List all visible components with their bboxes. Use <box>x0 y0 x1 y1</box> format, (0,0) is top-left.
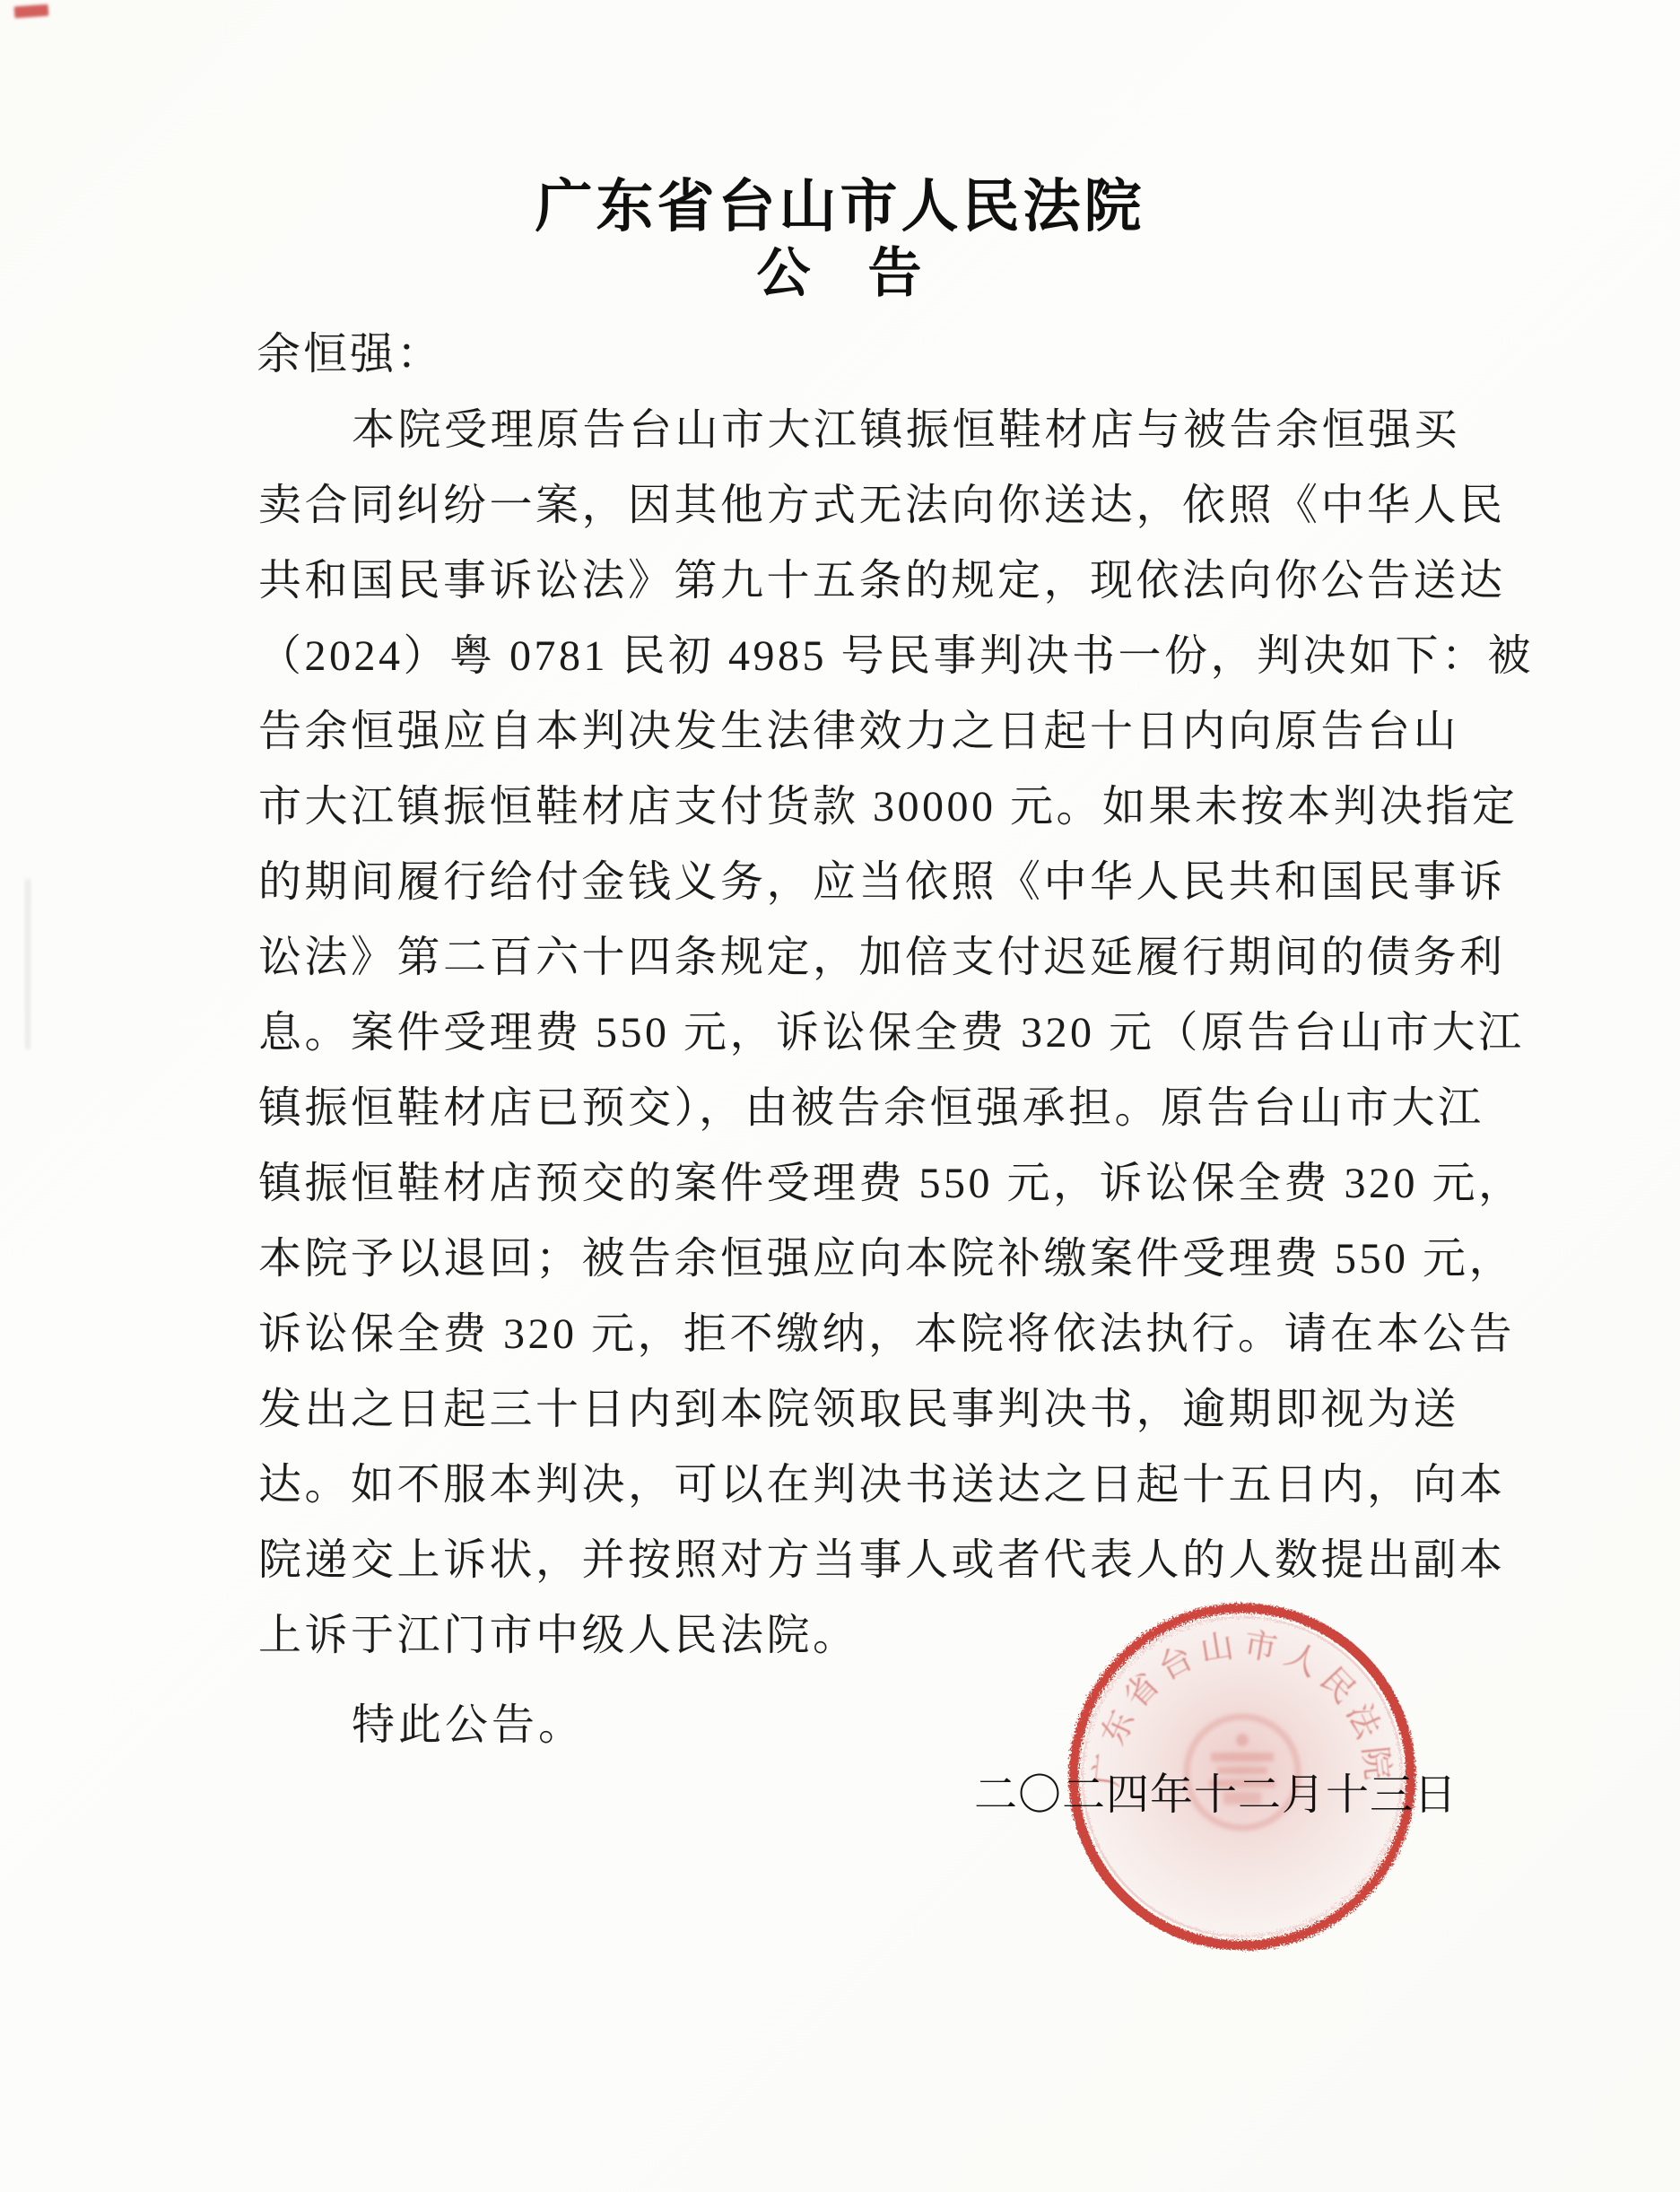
body-line: 息。案件受理费 550 元，诉讼保全费 320 元（原告台山市大江 <box>258 1006 1525 1060</box>
body-line: 达。如不服本判决，可以在判决书送达之日起十五日内，向本 <box>258 1458 1506 1512</box>
body-line: 卖合同纠纷一案，因其他方式无法向你送达，依照《中华人民 <box>258 479 1506 533</box>
closing-line: 特此公告。 <box>352 1690 585 1752</box>
scan-artifact-streak <box>25 879 30 1049</box>
body-line: 诉讼保全费 320 元，拒不缴纳，本院将依法执行。请在本公告 <box>258 1308 1515 1361</box>
body-line: 的期间履行给付金钱义务，应当依照《中华人民共和国民事诉 <box>258 856 1506 909</box>
official-court-seal: 广东省台山市人民法院 <box>1057 1595 1428 1966</box>
court-name-heading: 广东省台山市人民法院 <box>0 176 1680 239</box>
court-notice-page: 广东省台山市人民法院 公 告 余恒强： 本院受理原告台山市大江镇振恒鞋材店与被告… <box>0 0 1680 2192</box>
court-seal-graphic: 广东省台山市人民法院 <box>1057 1595 1428 1966</box>
recipient-line: 余恒强： <box>257 328 443 381</box>
body-line: （2024）粤 0781 民初 4985 号民事判决书一份，判决如下：被 <box>258 630 1534 683</box>
body-line: 本院予以退回；被告余恒强应向本院补缴案件受理费 550 元， <box>258 1232 1515 1286</box>
body-line: 镇振恒鞋材店预交的案件受理费 550 元，诉讼保全费 320 元， <box>258 1157 1525 1211</box>
body-line: 镇振恒鞋材店已预交），由被告余恒强承担。原告台山市大江 <box>258 1082 1484 1135</box>
notice-title-heading: 公 告 <box>0 244 1680 303</box>
body-line: 上诉于江门市中级人民法院。 <box>258 1609 859 1663</box>
body-line: 告余恒强应自本判决发生法律效力之日起十日内向原告台山 <box>258 705 1459 759</box>
scan-artifact-red-mark <box>14 4 49 19</box>
body-line: 发出之日起三十日内到本院领取民事判决书，逾期即视为送 <box>258 1383 1459 1437</box>
body-line: 讼法》第二百六十四条规定，加倍支付迟延履行期间的债务利 <box>258 931 1506 985</box>
body-line: 共和国民事诉讼法》第九十五条的规定，现依法向你公告送达 <box>258 554 1506 608</box>
body-line: 院递交上诉状，并按照对方当事人或者代表人的人数提出副本 <box>258 1534 1506 1587</box>
body-line: 市大江镇振恒鞋材店支付货款 30000 元。如果未按本判决指定 <box>258 780 1519 834</box>
seal-ink-wash <box>1084 1619 1400 1935</box>
body-line: 本院受理原告台山市大江镇振恒鞋材店与被告余恒强买 <box>352 404 1460 457</box>
